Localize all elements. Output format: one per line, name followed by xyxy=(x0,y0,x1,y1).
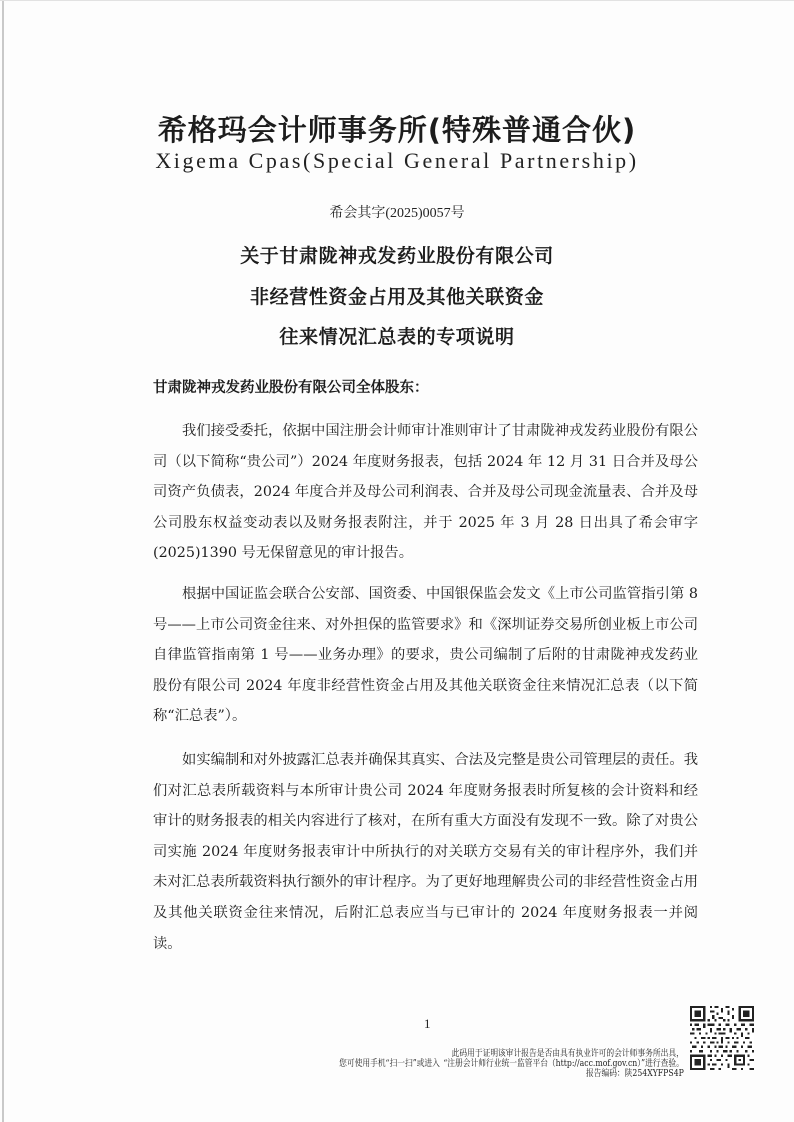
firm-name-cn: 希格玛会计师事务所(特殊普通合伙) xyxy=(0,112,794,148)
document-title-line-1: 关于甘肃陇神戎发药业股份有限公司 xyxy=(0,244,794,268)
paragraph-engagement: 我们接受委托，依据中国注册会计师审计准则审计了甘肃陇神戎发药业股份有限公司（以下… xyxy=(153,416,698,569)
document-number: 希会其字(2025)0057号 xyxy=(0,205,794,223)
verification-note: 此码用于证明该审计报告是否由具有执业许可的会计师事务所出具， 您可使用手机“扫一… xyxy=(339,1049,684,1079)
verification-line-1: 此码用于证明该审计报告是否由具有执业许可的会计师事务所出具， xyxy=(339,1049,684,1059)
document-title-line-2: 非经营性资金占用及其他关联资金 xyxy=(0,285,794,309)
qr-code-icon[interactable] xyxy=(690,1006,754,1070)
paragraph-responsibility: 如实编制和对外披露汇总表并确保其真实、合法及完整是贵公司管理层的责任。我们对汇总… xyxy=(153,745,698,959)
verification-line-2-left: 您可使用手机“扫一扫”或进入 xyxy=(339,1059,440,1069)
paragraph-regulation: 根据中国证监会联合公安部、国资委、中国银保监会发文《上市公司监管指引第 8 号—… xyxy=(153,579,698,732)
firm-name-en: Xigema Cpas(Special General Partnership) xyxy=(0,148,794,174)
scan-edge-top xyxy=(0,0,794,1)
verification-line-2-right: “注册会计师行业统一监管平台（http://acc.mof.gov.cn）”进行… xyxy=(444,1059,684,1069)
page-number: 1 xyxy=(424,1016,431,1032)
salutation: 甘肃陇神戎发药业股份有限公司全体股东： xyxy=(153,378,429,398)
report-code: 报告编码：陕254XYFPS4P xyxy=(339,1069,684,1079)
document-title-line-3: 往来情况汇总表的专项说明 xyxy=(0,325,794,349)
